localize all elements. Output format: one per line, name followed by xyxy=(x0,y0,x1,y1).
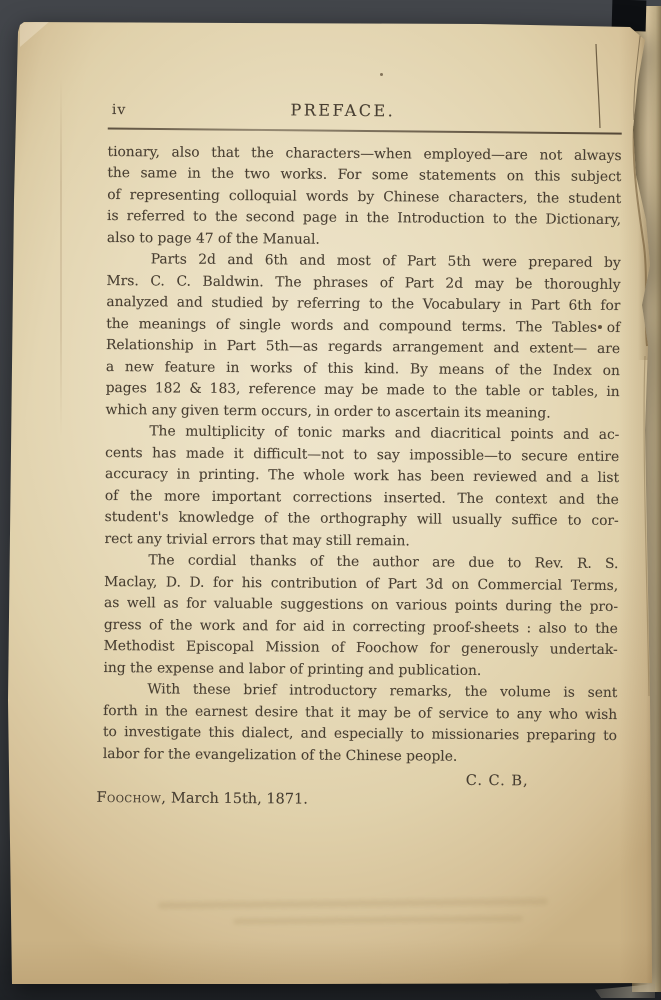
paper-shadow-wrap: iv PREFACE. tionary, also that the chara… xyxy=(0,0,661,1000)
signature: C. C. B, xyxy=(103,770,617,790)
running-head: iv PREFACE. xyxy=(108,98,622,128)
right-edge-shadow xyxy=(646,346,658,986)
text-line: labor for the evangelization of the Chin… xyxy=(103,744,617,770)
dateline-place: Foochow, xyxy=(96,790,166,807)
ink-showthrough xyxy=(233,915,523,924)
paper-crease xyxy=(60,76,62,436)
dateline: Foochow, March 15th, 1871. xyxy=(102,790,616,810)
book-page: iv PREFACE. tionary, also that the chara… xyxy=(8,16,658,988)
torn-edge-shadow xyxy=(638,30,658,360)
scan-background: iv PREFACE. tionary, also that the chara… xyxy=(0,0,661,1000)
paper-speck xyxy=(380,73,383,76)
paragraphs: tionary, also that the characters—when e… xyxy=(103,142,622,770)
header-rule xyxy=(108,127,622,134)
paper-speck xyxy=(598,325,602,329)
dateline-date: March 15th, 1871. xyxy=(166,791,308,808)
printed-content: iv PREFACE. tionary, also that the chara… xyxy=(102,98,622,810)
corner-fold xyxy=(16,19,52,49)
page-title: PREFACE. xyxy=(108,99,578,122)
ink-showthrough xyxy=(158,898,548,909)
